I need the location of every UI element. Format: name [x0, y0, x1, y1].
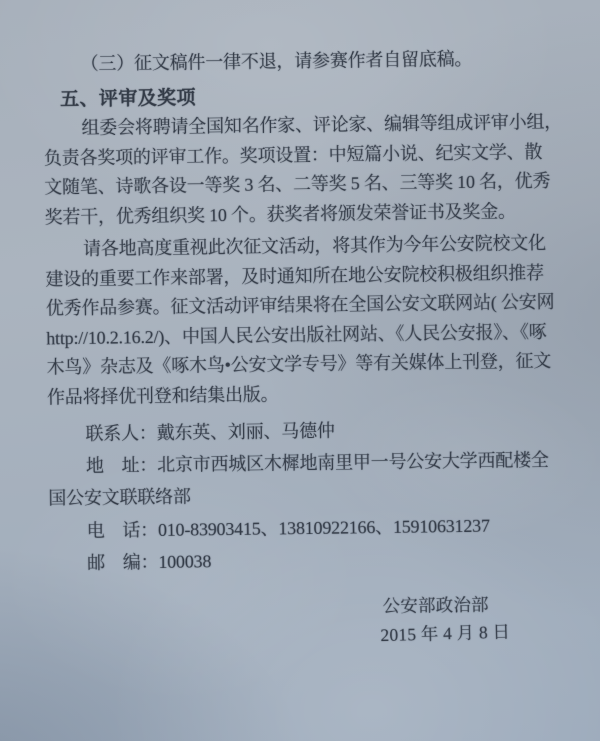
- contact-block: 联系人：戴东英、刘丽、马德仲 地 址：北京市西城区木樨地南里甲一号公安大学西配楼…: [47, 412, 573, 580]
- photographed-document: （三）征文稿件一律不退，请参赛作者自留底稿。 五、评审及奖项 组委会将聘请全国知…: [0, 0, 600, 741]
- promotion-paragraph: 请各地高度重视此次征文活动，将其作为今年公安院校文化 建设的重要工作来部署，及时…: [45, 229, 571, 413]
- paragraph-line: 作品将择优刊登和结集出版。: [47, 376, 571, 412]
- signature-block: 公安部政治部 2015 年 4 月 8 日: [50, 588, 575, 655]
- awards-paragraph: 组委会将聘请全国知名作家、评论家、编辑等组成评审小组， 负责各奖项的评审工作。奖…: [43, 108, 568, 233]
- contact-postcode-line: 邮 编：100038: [49, 540, 573, 579]
- document-text: （三）征文稿件一律不退，请参赛作者自留底稿。 五、评审及奖项 组委会将聘请全国知…: [42, 41, 574, 656]
- paragraph-line: 奖若干，优秀组织奖 10 个。获奖者将颁发荣誉证书及奖金。: [44, 196, 568, 232]
- clause-3-line: （三）征文稿件一律不退，请参赛作者自留底稿。: [42, 44, 566, 80]
